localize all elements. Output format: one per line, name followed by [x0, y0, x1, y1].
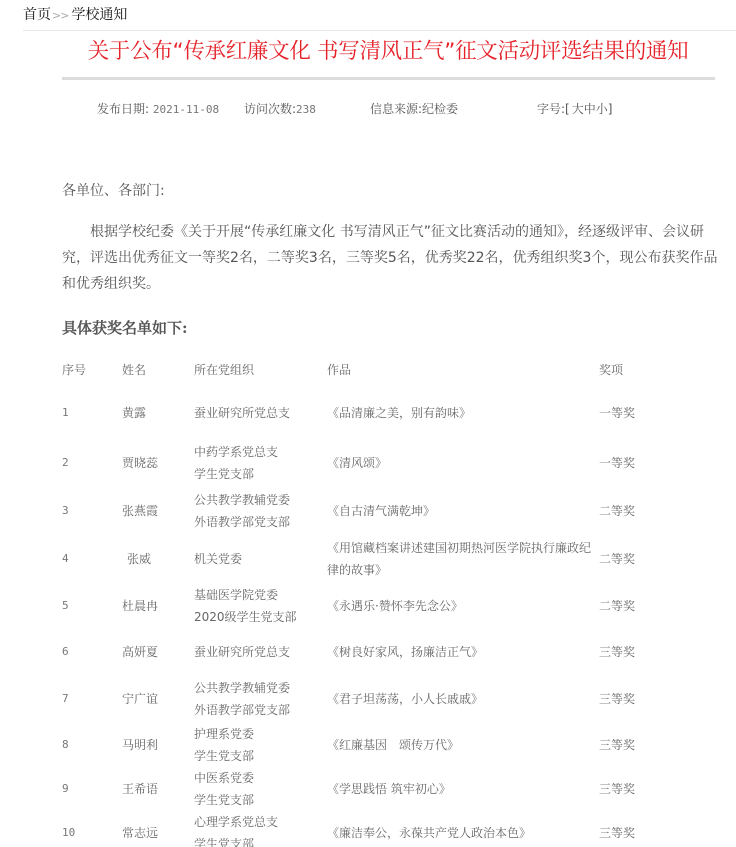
row-no: 6	[62, 629, 122, 675]
row-org-line1: 蚕业研究所党总支	[194, 402, 327, 424]
visit-count-label: 访问次数:	[244, 102, 296, 116]
visit-count: 访问次数:238	[244, 100, 316, 119]
row-no: 4	[62, 535, 122, 582]
table-row: 8 马明利 护理系党委学生党支部 《红廉基因 颂传万代》 三等奖	[62, 723, 659, 767]
row-name: 宁广谊	[122, 675, 194, 723]
font-size-large-button[interactable]: 大	[572, 102, 584, 116]
table-header-row: 序号 姓名 所在党组织 作品 奖项	[62, 354, 659, 386]
row-name: 张燕霞	[122, 487, 194, 535]
breadcrumb: 首页>>学校通知	[23, 5, 127, 26]
font-size-switcher: 字号:[大中小]	[537, 100, 612, 118]
row-org-line2: 学生党支部	[194, 789, 327, 811]
breadcrumb-home-link[interactable]: 首页	[23, 7, 51, 23]
row-org: 公共教学教辅党委外语教学部党支部	[194, 675, 327, 723]
row-org-line2: 学生党支部	[194, 745, 327, 767]
row-org-line1: 公共教学教辅党委	[194, 489, 327, 511]
row-name: 杜晨冉	[122, 582, 194, 629]
row-name: 贾晓蕊	[122, 439, 194, 487]
row-work: 《红廉基因 颂传万代》	[327, 723, 599, 767]
breadcrumb-separator-icon: >>	[52, 9, 68, 22]
bracket-close: ]	[608, 102, 613, 116]
body-paragraph: 根据学校纪委《关于开展“传承红廉文化 书写清风正气”征文比赛活动的通知》，经逐级…	[62, 219, 722, 297]
article-body: 各单位、各部门: 根据学校纪委《关于开展“传承红廉文化 书写清风正气”征文比赛活…	[62, 178, 722, 341]
header-no: 序号	[62, 354, 122, 386]
row-work: 《清风颂》	[327, 439, 599, 487]
table-row: 5 杜晨冉 基础医学院党委2020级学生党支部 《永遇乐·赞怀李先念公》 二等奖	[62, 582, 659, 629]
header-work: 作品	[327, 354, 599, 386]
row-org-line1: 基础医学院党委	[194, 584, 327, 606]
row-no: 10	[62, 811, 122, 847]
row-work: 《君子坦荡荡，小人长戚戚》	[327, 675, 599, 723]
row-work: 《永遇乐·赞怀李先念公》	[327, 582, 599, 629]
row-award: 三等奖	[599, 675, 659, 723]
table-row: 4 张威 机关党委 《用馆藏档案讲述建国初期热河医学院执行廉政纪律的故事》 二等…	[62, 535, 659, 582]
table-row: 3 张燕霞 公共教学教辅党委外语教学部党支部 《自古清气满乾坤》 二等奖	[62, 487, 659, 535]
row-no: 9	[62, 767, 122, 811]
row-org: 基础医学院党委2020级学生党支部	[194, 582, 327, 629]
row-name: 高妍夏	[122, 629, 194, 675]
header-name: 姓名	[122, 354, 194, 386]
row-org: 中医系党委学生党支部	[194, 767, 327, 811]
row-org: 蚕业研究所党总支	[194, 629, 327, 675]
row-work: 《树良好家风，扬廉洁正气》	[327, 629, 599, 675]
row-award: 二等奖	[599, 535, 659, 582]
row-org-line1: 机关党委	[194, 548, 327, 570]
row-org-line2: 外语教学部党支部	[194, 511, 327, 533]
row-no: 2	[62, 439, 122, 487]
row-name: 马明利	[122, 723, 194, 767]
bracket-open: [	[565, 102, 570, 116]
breadcrumb-current-link[interactable]: 学校通知	[71, 7, 127, 23]
table-row: 1 黄露 蚕业研究所党总支 《品清廉之美，别有韵味》 一等奖	[62, 386, 659, 439]
row-award: 一等奖	[599, 386, 659, 439]
row-name: 常志远	[122, 811, 194, 847]
row-name: 张威	[122, 535, 194, 582]
row-org: 护理系党委学生党支部	[194, 723, 327, 767]
row-award: 一等奖	[599, 439, 659, 487]
row-award: 二等奖	[599, 582, 659, 629]
list-heading: 具体获奖名单如下:	[62, 315, 722, 341]
table-row: 2 贾晓蕊 中药学系党总支学生党支部 《清风颂》 一等奖	[62, 439, 659, 487]
row-org: 中药学系党总支学生党支部	[194, 439, 327, 487]
font-size-small-button[interactable]: 小	[596, 102, 608, 116]
header-org: 所在党组织	[194, 354, 327, 386]
row-award: 三等奖	[599, 723, 659, 767]
row-work: 《用馆藏档案讲述建国初期热河医学院执行廉政纪律的故事》	[327, 535, 599, 582]
font-size-medium-button[interactable]: 中	[584, 102, 596, 116]
row-no: 7	[62, 675, 122, 723]
row-work: 《自古清气满乾坤》	[327, 487, 599, 535]
row-name: 黄露	[122, 386, 194, 439]
row-org-line1: 心理学系党总支	[194, 811, 327, 833]
row-org: 心理学系党总支学生党支部	[194, 811, 327, 847]
publish-date: 发布日期: 2021-11-08	[97, 100, 219, 119]
row-org: 公共教学教辅党委外语教学部党支部	[194, 487, 327, 535]
header-award: 奖项	[599, 354, 659, 386]
row-org-line1: 中药学系党总支	[194, 441, 327, 463]
table-row: 10 常志远 心理学系党总支学生党支部 《廉洁奉公，永葆共产党人政治本色》 三等…	[62, 811, 659, 847]
row-org: 蚕业研究所党总支	[194, 386, 327, 439]
row-award: 二等奖	[599, 487, 659, 535]
row-no: 3	[62, 487, 122, 535]
row-org-line1: 蚕业研究所党总支	[194, 641, 327, 663]
row-name: 王希语	[122, 767, 194, 811]
salutation: 各单位、各部门:	[62, 178, 722, 204]
title-divider	[62, 77, 715, 80]
row-org-line2: 2020级学生党支部	[194, 606, 327, 628]
table-row: 6 高妍夏 蚕业研究所党总支 《树良好家风，扬廉洁正气》 三等奖	[62, 629, 659, 675]
row-work: 《品清廉之美，别有韵味》	[327, 386, 599, 439]
row-no: 5	[62, 582, 122, 629]
row-work: 《学思践悟 筑牢初心》	[327, 767, 599, 811]
visit-count-value: 238	[296, 103, 316, 116]
row-no: 8	[62, 723, 122, 767]
row-org-line1: 护理系党委	[194, 723, 327, 745]
row-award: 三等奖	[599, 811, 659, 847]
row-award: 三等奖	[599, 767, 659, 811]
breadcrumb-divider	[23, 30, 736, 31]
table-row: 9 王希语 中医系党委学生党支部 《学思践悟 筑牢初心》 三等奖	[62, 767, 659, 811]
row-no: 1	[62, 386, 122, 439]
row-award: 三等奖	[599, 629, 659, 675]
row-work: 《廉洁奉公，永葆共产党人政治本色》	[327, 811, 599, 847]
font-size-label: 字号:	[537, 102, 565, 116]
table-row: 7 宁广谊 公共教学教辅党委外语教学部党支部 《君子坦荡荡，小人长戚戚》 三等奖	[62, 675, 659, 723]
row-org-line1: 公共教学教辅党委	[194, 677, 327, 699]
row-org: 机关党委	[194, 535, 327, 582]
info-source-value: 纪检委	[422, 102, 458, 116]
publish-date-value: 2021-11-08	[153, 103, 219, 116]
publish-date-label: 发布日期:	[97, 102, 149, 116]
row-org-line1: 中医系党委	[194, 767, 327, 789]
row-org-line2: 学生党支部	[194, 463, 327, 485]
info-source-label: 信息来源:	[370, 102, 422, 116]
info-source: 信息来源:纪检委	[370, 100, 458, 118]
row-org-line2: 学生党支部	[194, 833, 327, 847]
row-org-line2: 外语教学部党支部	[194, 699, 327, 721]
article-title: 关于公布“传承红廉文化 书写清风正气”征文活动评选结果的通知	[0, 36, 736, 68]
award-table: 序号 姓名 所在党组织 作品 奖项 1 黄露 蚕业研究所党总支 《品清廉之美，别…	[62, 354, 659, 847]
